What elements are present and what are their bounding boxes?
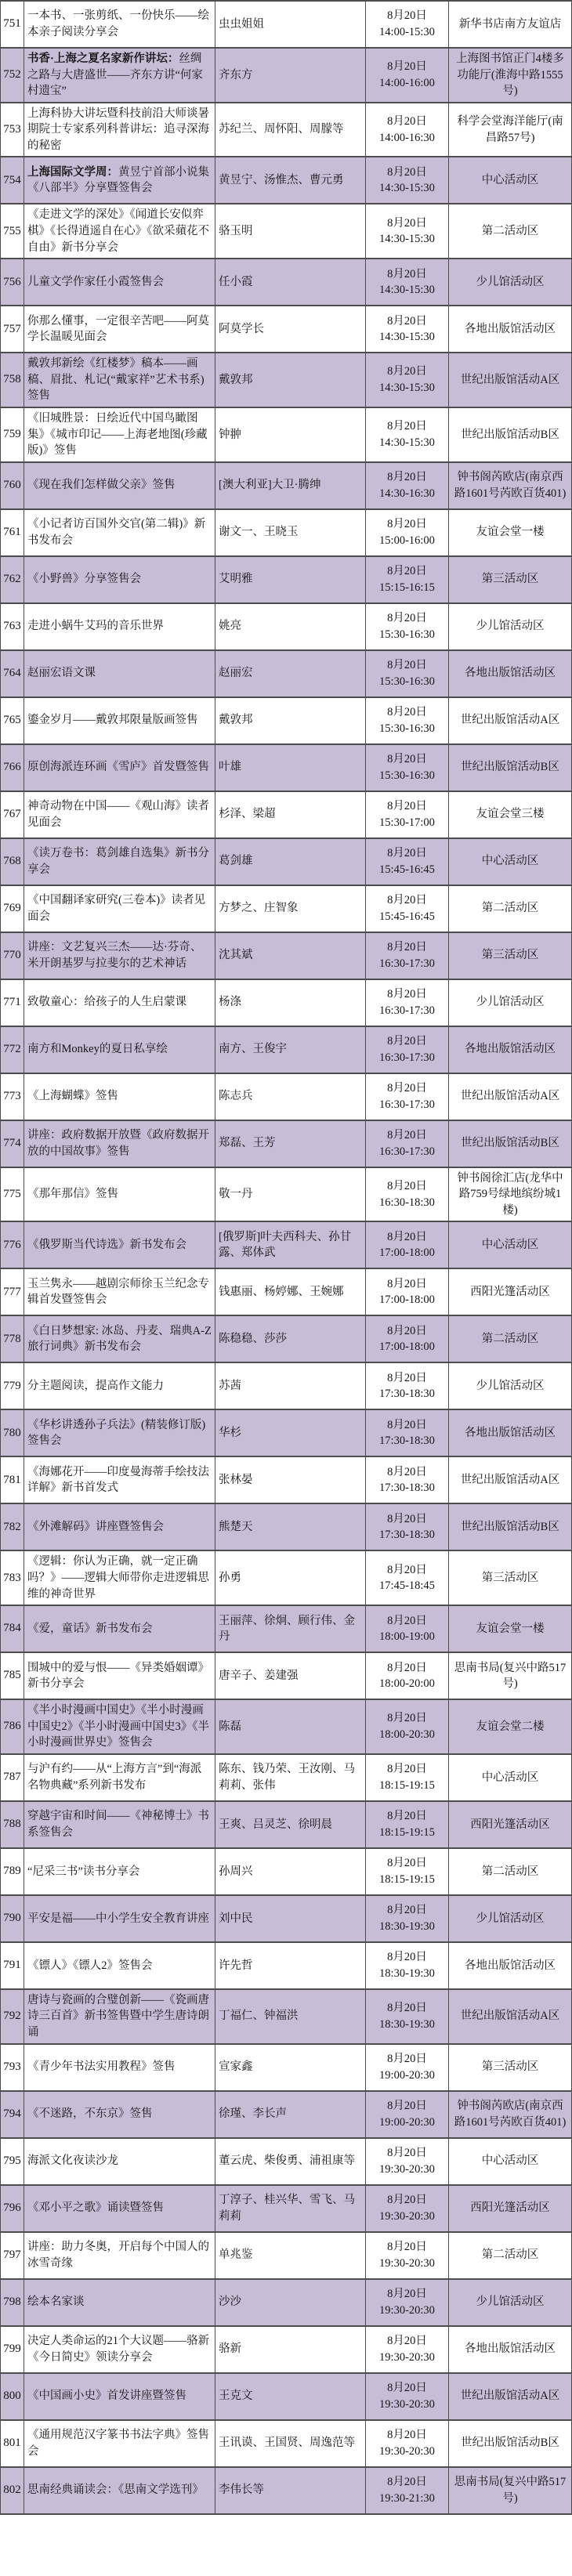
event-time: 14:30-15:30	[379, 380, 435, 396]
event-title: 《华杉讲透孙子兵法》(精装修订版)签售会	[24, 1410, 215, 1456]
event-number: 779	[0, 1363, 24, 1409]
event-date: 8月20日	[387, 1710, 427, 1727]
event-time: 14:30-15:30	[379, 282, 435, 298]
event-location: 西阳光篷活动区	[449, 1802, 572, 1847]
event-time: 19:30-20:30	[379, 2303, 435, 2319]
event-number: 786	[0, 1700, 24, 1753]
event-title-text: 平安是福——中小学生安全教育讲座	[27, 1911, 209, 1927]
event-title: 《上海蝴蝶》签售	[24, 1074, 215, 1120]
event-datetime: 8月20日14:00-16:00	[366, 49, 449, 102]
event-date: 8月20日	[387, 1855, 427, 1872]
event-datetime: 8月20日17:30-18:30	[366, 1457, 449, 1503]
event-location: 第二活动区	[449, 2233, 572, 2278]
event-location: 中心活动区	[449, 839, 572, 885]
event-title-text: 《中国翻译家研究(三卷本)》读者见面会	[27, 892, 212, 924]
event-speaker: 王克文	[215, 2374, 366, 2419]
event-title-text: 走进小蜗牛艾玛的音乐世界	[27, 618, 164, 635]
event-datetime: 8月20日15:00-16:00	[366, 510, 449, 555]
event-number: 799	[0, 2327, 24, 2372]
event-location: 第二活动区	[449, 1849, 572, 1894]
event-time: 19:30-20:30	[379, 2256, 435, 2272]
event-datetime: 8月20日16:30-18:30	[366, 1168, 449, 1221]
event-row: 762《小野兽》分享签售会艾明雅8月20日15:15-16:15第三活动区	[0, 557, 572, 604]
event-datetime: 8月20日19:00-20:30	[366, 2092, 449, 2137]
event-title-text: 上海科协大讲坛暨科技前沿大师谈暑期院士专家系列科普讲坛：追寻深海的秘密	[27, 106, 212, 154]
event-number: 763	[0, 604, 24, 649]
event-title: 南方和Monkey的夏日私享绘	[24, 1027, 215, 1073]
event-title-text: 一本书、一张剪纸、一份快乐——绘本亲子阅读分享会	[27, 8, 212, 40]
event-row: 780《华杉讲透孙子兵法》(精装修订版)签售会华杉8月20日17:30-18:3…	[0, 1410, 572, 1457]
event-row: 758戴敦邦新绘《红楼梦》稿本——画稿、眉批、札记(“戴家祥”艺术书系)签售戴敦…	[0, 353, 572, 408]
event-number: 794	[0, 2092, 24, 2137]
event-location: 各地出版馆活动区	[449, 1027, 572, 1073]
event-title-text: 《上海蝴蝶》签售	[27, 1088, 118, 1105]
event-title-text: 《那年那信》签售	[27, 1186, 118, 1203]
event-date: 8月20日	[387, 2098, 427, 2115]
event-speaker: 任小霞	[215, 259, 366, 305]
event-title-text: 分主题阅读，提高作文能力	[27, 1378, 164, 1395]
event-title: 一本书、一张剪纸、一份快乐——绘本亲子阅读分享会	[24, 2, 215, 47]
event-datetime: 8月20日14:30-15:30	[366, 259, 449, 305]
event-date: 8月20日	[387, 1562, 427, 1579]
event-date: 8月20日	[387, 1511, 427, 1528]
event-location: 世纪出版馆活动A区	[449, 698, 572, 743]
event-title-text: 儿童文学作家任小霞签售会	[27, 274, 164, 291]
event-location: 第二活动区	[449, 886, 572, 932]
event-number: 795	[0, 2139, 24, 2184]
event-title: 赵丽宏语文课	[24, 651, 215, 696]
event-title: 《不迷路，不东京》签售	[24, 2092, 215, 2137]
event-number: 775	[0, 1168, 24, 1221]
event-title-bold-prefix: 上海国际文学周：	[27, 166, 118, 179]
event-datetime: 8月20日17:00-18:00	[366, 1316, 449, 1362]
event-title-text: 《小记者访百国外交官(第二辑)》新书发布会	[27, 516, 212, 548]
event-speaker: 阿莫学长	[215, 306, 366, 352]
event-title-text: 围城中的爱与恨——《异类婚姻谭》新书分享会	[27, 1660, 212, 1692]
event-date: 8月20日	[387, 1660, 427, 1677]
event-speaker: 华杉	[215, 1410, 366, 1456]
event-number: 765	[0, 698, 24, 743]
event-datetime: 8月20日17:30-18:30	[366, 1410, 449, 1456]
event-date: 8月20日	[387, 2051, 427, 2068]
event-time: 19:30-20:30	[379, 2162, 435, 2178]
event-speaker: 艾明雅	[215, 557, 366, 602]
event-date: 8月20日	[387, 516, 427, 533]
event-number: 787	[0, 1755, 24, 1800]
event-row: 756儿童文学作家任小霞签售会任小霞8月20日14:30-15:30少儿馆活动区	[0, 259, 572, 306]
event-title: 《中国画小史》首发讲座暨签售	[24, 2374, 215, 2419]
event-location: 中心活动区	[449, 2139, 572, 2184]
event-row: 753上海科协大讲坛暨科技前沿大师谈暑期院士专家系列科普讲坛：追寻深海的秘密苏纪…	[0, 103, 572, 158]
event-row: 785围城中的爱与恨——《异类婚姻谭》新书分享会唐辛子、姜建强8月20日18:0…	[0, 1653, 572, 1700]
event-title: 思南经典诵读会：《思南文学选刊》	[24, 2468, 215, 2513]
event-row: 787与沪有约——从“上海方言”到“海派名物典藏”系列新书发布陈东、钱乃荣、王汝…	[0, 1755, 572, 1802]
event-title: 讲座：助力冬奥，开启每个中国人的冰雪奇缘	[24, 2233, 215, 2278]
event-time: 16:30-17:30	[379, 1003, 435, 1019]
event-title-text: 唐诗与瓷画的合璧创新——《瓷画唐诗三百首》新书签售暨中学生唐诗朗诵	[27, 1992, 212, 2041]
event-speaker: 杉泽、梁超	[215, 792, 366, 838]
event-date: 8月20日	[387, 939, 427, 956]
event-location: 中心活动区	[449, 1222, 572, 1268]
event-datetime: 8月20日18:30-19:30	[366, 1990, 449, 2043]
event-number: 771	[0, 980, 24, 1026]
event-title: 《旧城胜景：日绘近代中国鸟瞰图集》《城市印记——上海老地图(珍藏版)》签售	[24, 408, 215, 461]
event-date: 8月20日	[387, 1613, 427, 1630]
event-row: 772南方和Monkey的夏日私享绘南方、王俊宇8月20日16:30-17:30…	[0, 1027, 572, 1074]
event-location: 思南书局(复兴中路517号)	[449, 2468, 572, 2513]
event-datetime: 8月20日15:30-16:30	[366, 651, 449, 696]
event-title: 《爱，童话》新书发布会	[24, 1606, 215, 1652]
event-date: 8月20日	[387, 2145, 427, 2162]
event-location: 世纪出版馆活动B区	[449, 408, 572, 461]
event-number: 791	[0, 1943, 24, 1988]
event-speaker: 杨涤	[215, 980, 366, 1026]
event-row: 784《爱，童话》新书发布会王丽萍、徐炯、顾行伟、金丹8月20日18:00-19…	[0, 1606, 572, 1653]
event-time: 19:30-20:30	[379, 2397, 435, 2413]
event-speaker: 钟翀	[215, 408, 366, 461]
event-speaker: 熊楚天	[215, 1504, 366, 1550]
event-speaker: 王爽、吕灵芝、徐明晨	[215, 1802, 366, 1847]
event-number: 757	[0, 306, 24, 352]
event-time: 17:00-18:00	[379, 1339, 435, 1355]
event-title-text: 《不迷路，不东京》签售	[27, 2106, 153, 2122]
event-datetime: 8月20日16:30-17:30	[366, 1121, 449, 1167]
event-title: 儿童文学作家任小霞签售会	[24, 259, 215, 305]
event-title-text: 赵丽宏语文课	[27, 665, 96, 682]
event-row: 781《海娜花开——印度曼海蒂手绘技法详解》新书首发式张林晏8月20日17:30…	[0, 1457, 572, 1504]
event-title-text: 海派文化夜读沙龙	[27, 2153, 118, 2169]
event-datetime: 8月20日14:30-15:30	[366, 157, 449, 203]
event-datetime: 8月20日18:15-19:15	[366, 1755, 449, 1800]
event-datetime: 8月20日15:30-16:30	[366, 698, 449, 743]
event-date: 8月20日	[387, 751, 427, 768]
event-title: 上海科协大讲坛暨科技前沿大师谈暑期院士专家系列科普讲坛：追寻深海的秘密	[24, 103, 215, 157]
event-datetime: 8月20日14:00-16:30	[366, 103, 449, 157]
event-time: 14:00-15:30	[379, 24, 435, 41]
event-time: 16:30-17:30	[379, 1050, 435, 1066]
event-date: 8月20日	[387, 2333, 427, 2350]
event-date: 8月20日	[387, 1902, 427, 1919]
event-title-text: 讲座：政府数据开放暨《政府数据开放的中国故事》签售	[27, 1127, 212, 1160]
event-row: 766原创海派连环画《雪庐》首发暨签售叶雄8月20日15:30-16:30世纪出…	[0, 745, 572, 792]
event-title-text: 《中国画小史》首发讲座暨签售	[27, 2388, 186, 2404]
event-title: 讲座：文艺复兴三杰——达·芬奇、米开朗基罗与拉斐尔的艺术神话	[24, 933, 215, 979]
event-number: 761	[0, 510, 24, 555]
event-title-text: 《逻辑：你认为正确，就一定正确吗？》——逻辑大师带你走进逻辑思维的神奇世界	[27, 1554, 212, 1602]
event-date: 8月20日	[387, 313, 427, 330]
event-location: 友谊会堂一楼	[449, 1606, 572, 1652]
event-title-bold-prefix: 书香·上海之夏名家新作讲坛：	[27, 52, 179, 65]
event-location: 各地出版馆活动区	[449, 2327, 572, 2372]
event-title: 玉兰隽永——越剧宗师徐玉兰纪念专辑首发暨签售会	[24, 1269, 215, 1315]
event-datetime: 8月20日19:30-20:30	[366, 2374, 449, 2419]
event-date: 8月20日	[387, 2427, 427, 2444]
event-time: 18:00-20:30	[379, 1727, 435, 1743]
event-title: 《读万卷书：葛剑雄自选集》新书分享会	[24, 839, 215, 885]
event-speaker: 南方、王俊宇	[215, 1027, 366, 1073]
event-row: 800《中国画小史》首发讲座暨签售王克文8月20日19:30-20:30世纪出版…	[0, 2374, 572, 2421]
event-number: 759	[0, 408, 24, 461]
event-number: 774	[0, 1121, 24, 1167]
event-date: 8月20日	[387, 986, 427, 1003]
event-date: 8月20日	[387, 1808, 427, 1825]
event-row: 777玉兰隽永——越剧宗师徐玉兰纪念专辑首发暨签售会钱惠丽、杨婷娜、王婉娜8月2…	[0, 1269, 572, 1316]
event-title-text: 神奇动物在中国——《观山海》读者见面会	[27, 798, 212, 830]
event-speaker: 刘中民	[215, 1896, 366, 1941]
event-number: 762	[0, 557, 24, 602]
event-row: 797讲座：助力冬奥，开启每个中国人的冰雪奇缘单兆鉴8月20日19:30-20:…	[0, 2233, 572, 2280]
event-datetime: 8月20日18:00-20:30	[366, 1700, 449, 1753]
event-title-text: 原创海派连环画《雪庐》首发暨签售	[27, 759, 209, 776]
event-location: 上海图书馆正门4楼多功能厅(淮海中路1555号)	[449, 49, 572, 102]
event-date: 8月20日	[387, 704, 427, 721]
event-location: 第二活动区	[449, 1316, 572, 1362]
event-date: 8月20日	[387, 2000, 427, 2017]
event-speaker: 王丽萍、徐炯、顾行伟、金丹	[215, 1606, 366, 1652]
event-date: 8月20日	[387, 1370, 427, 1387]
event-speaker: 陈志兵	[215, 1074, 366, 1120]
event-time: 18:15-19:15	[379, 1872, 435, 1888]
event-title-text: 书香·上海之夏名家新作讲坛：丝绸之路与大唐盛世——齐东方讲“何家村遗宝”	[27, 51, 212, 99]
event-datetime: 8月20日15:45-16:45	[366, 839, 449, 885]
event-time: 15:45-16:45	[379, 862, 435, 878]
event-row: 763走进小蜗牛艾玛的音乐世界姚亮8月20日15:30-16:30少儿馆活动区	[0, 604, 572, 651]
event-row: 798绘本名家谈沙沙8月20日19:30-20:30少儿馆活动区	[0, 2280, 572, 2327]
event-title: 上海国际文学周：黄昱宁首部小说集《八部半》分享暨签售会	[24, 157, 215, 203]
event-location: 第三活动区	[449, 1551, 572, 1605]
event-location: 少儿馆活动区	[449, 980, 572, 1026]
event-row: 757你那么懂事，一定很辛苦吧——阿莫学长温暖见面会阿莫学长8月20日14:30…	[0, 306, 572, 353]
event-number: 778	[0, 1316, 24, 1362]
event-row: 779分主题阅读，提高作文能力苏茜8月20日17:30-18:30少儿馆活动区	[0, 1363, 572, 1410]
event-time: 15:30-16:30	[379, 721, 435, 737]
event-number: 751	[0, 2, 24, 47]
event-title-text: 与沪有约——从“上海方言”到“海派名物典藏”系列新书发布	[27, 1761, 212, 1793]
event-title: 唐诗与瓷画的合璧创新——《瓷画唐诗三百首》新书签售暨中学生唐诗朗诵	[24, 1990, 215, 2043]
event-title: 《外滩解码》讲座暨签售会	[24, 1504, 215, 1550]
event-number: 790	[0, 1896, 24, 1941]
event-datetime: 8月20日17:30-18:30	[366, 1504, 449, 1550]
event-number: 764	[0, 651, 24, 696]
event-speaker: 王讯谟、王国贤、周逸范等	[215, 2421, 366, 2466]
event-speaker: [俄罗斯]叶夫西科夫、孙甘露、郑体武	[215, 1222, 366, 1268]
event-title: 《那年那信》签售	[24, 1168, 215, 1221]
event-date: 8月20日	[387, 2474, 427, 2491]
event-date: 8月20日	[387, 1229, 427, 1246]
event-row: 765鎏金岁月——戴敦邦限量版画签售戴敦邦8月20日15:30-16:30世纪出…	[0, 698, 572, 745]
event-time: 16:30-17:30	[379, 956, 435, 972]
event-date: 8月20日	[387, 2380, 427, 2397]
event-title-text: 《半小时漫画中国史》《半小时漫画中国史2》《半小时漫画中国史3》《半小时漫画世界…	[27, 1702, 212, 1751]
event-title: 《白日梦想家: 冰岛、丹麦、瑞典A-Z旅行词典》新书发布会	[24, 1316, 215, 1362]
event-date: 8月20日	[387, 469, 427, 486]
event-number: 758	[0, 353, 24, 407]
event-time: 16:30-18:30	[379, 1195, 435, 1211]
event-speaker: 丁福仁、钟福洪	[215, 1990, 366, 2043]
event-time: 14:30-15:30	[379, 231, 435, 248]
event-speaker: 钱惠丽、杨婷娜、王婉娜	[215, 1269, 366, 1315]
event-number: 769	[0, 886, 24, 932]
event-time: 19:00-20:30	[379, 2115, 435, 2131]
event-time: 18:30-19:30	[379, 1966, 435, 1982]
event-datetime: 8月20日19:30-21:30	[366, 2468, 449, 2513]
event-datetime: 8月20日16:30-17:30	[366, 980, 449, 1026]
event-speaker: [澳大利亚]大卫·腾绅	[215, 463, 366, 508]
event-number: 796	[0, 2186, 24, 2231]
event-location: 友谊会堂二楼	[449, 1700, 572, 1753]
event-title-text: 上海国际文学周：黄昱宁首部小说集《八部半》分享暨签售会	[27, 165, 212, 197]
event-location: 各地出版馆活动区	[449, 1943, 572, 1988]
event-time: 17:00-18:00	[379, 1245, 435, 1261]
event-location: 各地出版馆活动区	[449, 1410, 572, 1456]
event-datetime: 8月20日14:00-15:30	[366, 2, 449, 47]
event-number: 784	[0, 1606, 24, 1652]
event-title: 神奇动物在中国——《观山海》读者见面会	[24, 792, 215, 838]
event-speaker: 苏纪兰、周怀阳、周朦等	[215, 103, 366, 157]
event-time: 19:30-20:30	[379, 2444, 435, 2460]
event-row: 790平安是福——中小学生安全教育讲座刘中民8月20日18:30-19:30少儿…	[0, 1896, 572, 1943]
event-date: 8月20日	[387, 1127, 427, 1144]
event-location: 世纪出版馆活动A区	[449, 2374, 572, 2419]
events-table: 751一本书、一张剪纸、一份快乐——绘本亲子阅读分享会虫虫姐姐8月20日14:0…	[0, 0, 572, 2515]
event-title-text: 南方和Monkey的夏日私享绘	[27, 1041, 168, 1058]
event-datetime: 8月20日17:30-18:30	[366, 1363, 449, 1409]
event-title-text: 致敬童心：给孩子的人生启蒙课	[27, 994, 186, 1011]
event-location: 世纪出版馆活动B区	[449, 1121, 572, 1167]
event-speaker: 郑磊、王芳	[215, 1121, 366, 1167]
event-number: 785	[0, 1653, 24, 1699]
event-datetime: 8月20日15:30-17:00	[366, 792, 449, 838]
event-row: 783《逻辑：你认为正确，就一定正确吗？》——逻辑大师带你走进逻辑思维的神奇世界…	[0, 1551, 572, 1606]
event-title: 书香·上海之夏名家新作讲坛：丝绸之路与大唐盛世——齐东方讲“何家村遗宝”	[24, 49, 215, 102]
event-date: 8月20日	[387, 563, 427, 580]
event-speaker: 姚亮	[215, 604, 366, 649]
event-speaker: 齐东方	[215, 49, 366, 102]
event-row: 802思南经典诵读会：《思南文学选刊》李伟长等8月20日19:30-21:30思…	[0, 2468, 572, 2515]
event-number: 770	[0, 933, 24, 979]
event-date: 8月20日	[387, 1033, 427, 1050]
event-title: 《俄罗斯当代诗选》新书发布会	[24, 1222, 215, 1268]
event-time: 18:00-20:00	[379, 1676, 435, 1692]
event-time: 15:30-17:00	[379, 815, 435, 831]
event-title-text: 穿越宇宙和时间——《神秘博士》书系签售会	[27, 1808, 212, 1840]
event-location: 世纪出版馆活动B区	[449, 745, 572, 791]
event-title-text: 《华杉讲透孙子兵法》(精装修订版)签售会	[27, 1417, 212, 1449]
event-time: 17:30-18:30	[379, 1386, 435, 1402]
event-title-text: 《小野兽》分享签售会	[27, 571, 141, 588]
event-row: 795海派文化夜读沙龙董云虎、柴俊勇、浦祖康等8月20日19:30-20:30中…	[0, 2139, 572, 2186]
event-speaker: 丁淳子、桂兴华、雪飞、马莉莉	[215, 2186, 366, 2231]
event-date: 8月20日	[387, 364, 427, 380]
event-number: 782	[0, 1504, 24, 1550]
event-row: 792唐诗与瓷画的合璧创新——《瓷画唐诗三百首》新书签售暨中学生唐诗朗诵丁福仁、…	[0, 1990, 572, 2045]
event-time: 17:30-18:30	[379, 1433, 435, 1449]
event-title: “尼采三书”读书分享会	[24, 1849, 215, 1894]
event-title: 分主题阅读，提高作文能力	[24, 1363, 215, 1409]
event-time: 19:30-21:30	[379, 2491, 435, 2507]
event-row: 788穿越宇宙和时间——《神秘博士》书系签售会王爽、吕灵芝、徐明晨8月20日18…	[0, 1802, 572, 1849]
event-title: 《邓小平之歌》诵读暨签售	[24, 2186, 215, 2231]
event-time: 19:30-20:30	[379, 2209, 435, 2225]
event-datetime: 8月20日15:30-16:30	[366, 604, 449, 649]
event-time: 19:30-20:30	[379, 2350, 435, 2366]
event-speaker: 许先哲	[215, 1943, 366, 1988]
event-title-text: 《青少年书法实用教程》签售	[27, 2059, 176, 2075]
event-title-text: 《镖人》《镖人2》签售会	[27, 1958, 153, 1974]
event-location: 第三活动区	[449, 933, 572, 979]
event-title-text: “尼采三书”读书分享会	[27, 1864, 139, 1880]
event-location: 思南书局(复兴中路517号)	[449, 1653, 572, 1699]
event-row: 767神奇动物在中国——《观山海》读者见面会杉泽、梁超8月20日15:30-17…	[0, 792, 572, 839]
event-title-text: 决定人类命运的21个大议题——骆新《今日简史》领读分享会	[27, 2333, 212, 2365]
event-date: 8月20日	[387, 610, 427, 627]
event-location: 少儿馆活动区	[449, 1363, 572, 1409]
event-location: 第二活动区	[449, 204, 572, 258]
event-location: 西阳光篷活动区	[449, 1269, 572, 1315]
event-row: 793《青少年书法实用教程》签售宣家鑫8月20日19:00-20:30第三活动区	[0, 2045, 572, 2092]
event-row: 773《上海蝴蝶》签售陈志兵8月20日16:30-17:30世纪出版馆活动A区	[0, 1074, 572, 1121]
event-speaker: 敬一丹	[215, 1168, 366, 1221]
event-time: 18:30-19:30	[379, 1919, 435, 1935]
event-date: 8月20日	[387, 1080, 427, 1097]
event-time: 18:15-19:15	[379, 1825, 435, 1841]
event-title: 《镖人》《镖人2》签售会	[24, 1943, 215, 1988]
event-number: 789	[0, 1849, 24, 1894]
event-date: 8月20日	[387, 1417, 427, 1434]
event-speaker: 沈其斌	[215, 933, 366, 979]
event-row: 761《小记者访百国外交官(第二辑)》新书发布会谢文一、王晓玉8月20日15:0…	[0, 510, 572, 557]
event-number: 753	[0, 103, 24, 157]
event-speaker: 陈稳稳、莎莎	[215, 1316, 366, 1362]
event-title-text: 《外滩解码》讲座暨签售会	[27, 1519, 164, 1536]
event-row: 801《通用规范汉字篆书书法字典》签售会王讯谟、王国贤、周逸范等8月20日19:…	[0, 2421, 572, 2468]
event-row: 776《俄罗斯当代诗选》新书发布会[俄罗斯]叶夫西科夫、孙甘露、郑体武8月20日…	[0, 1222, 572, 1269]
event-speaker: 沙沙	[215, 2280, 366, 2325]
event-time: 14:30-16:30	[379, 486, 435, 502]
event-row: 794《不迷路，不东京》签售徐瑾、李长声8月20日19:00-20:30钟书阁芮…	[0, 2092, 572, 2139]
event-speaker: 张林晏	[215, 1457, 366, 1503]
event-time: 17:00-18:00	[379, 1292, 435, 1308]
event-row: 791《镖人》《镖人2》签售会许先哲8月20日18:30-19:30各地出版馆活…	[0, 1943, 572, 1990]
event-date: 8月20日	[387, 1761, 427, 1778]
event-location: 西阳光篷活动区	[449, 2186, 572, 2231]
event-speaker: 陈磊	[215, 1700, 366, 1753]
event-title: 穿越宇宙和时间——《神秘博士》书系签售会	[24, 1802, 215, 1847]
event-number: 798	[0, 2280, 24, 2325]
event-location: 钟书阁芮欧店(南京西路1601号芮欧百货401)	[449, 463, 572, 508]
event-row: 752书香·上海之夏名家新作讲坛：丝绸之路与大唐盛世——齐东方讲“何家村遗宝”齐…	[0, 49, 572, 103]
event-datetime: 8月20日19:30-20:30	[366, 2421, 449, 2466]
event-datetime: 8月20日18:30-19:30	[366, 1943, 449, 1988]
event-speaker: 唐辛子、姜建强	[215, 1653, 366, 1699]
event-speaker: 孙周兴	[215, 1849, 366, 1894]
event-speaker: 骆玉明	[215, 204, 366, 258]
event-datetime: 8月20日14:30-16:30	[366, 463, 449, 508]
event-speaker: 黄昱宁、汤惟杰、曹元勇	[215, 157, 366, 203]
event-datetime: 8月20日17:45-18:45	[366, 1551, 449, 1605]
event-number: 752	[0, 49, 24, 102]
event-time: 14:30-15:30	[379, 180, 435, 197]
event-datetime: 8月20日18:30-19:30	[366, 1896, 449, 1941]
event-time: 18:15-19:15	[379, 1778, 435, 1794]
event-title: 《半小时漫画中国史》《半小时漫画中国史2》《半小时漫画中国史3》《半小时漫画世界…	[24, 1700, 215, 1753]
event-datetime: 8月20日18:15-19:15	[366, 1849, 449, 1894]
event-title: 海派文化夜读沙龙	[24, 2139, 215, 2184]
event-speaker: 叶雄	[215, 745, 366, 791]
event-datetime: 8月20日19:30-20:30	[366, 2186, 449, 2231]
event-date: 8月20日	[387, 1949, 427, 1966]
event-date: 8月20日	[387, 1276, 427, 1293]
